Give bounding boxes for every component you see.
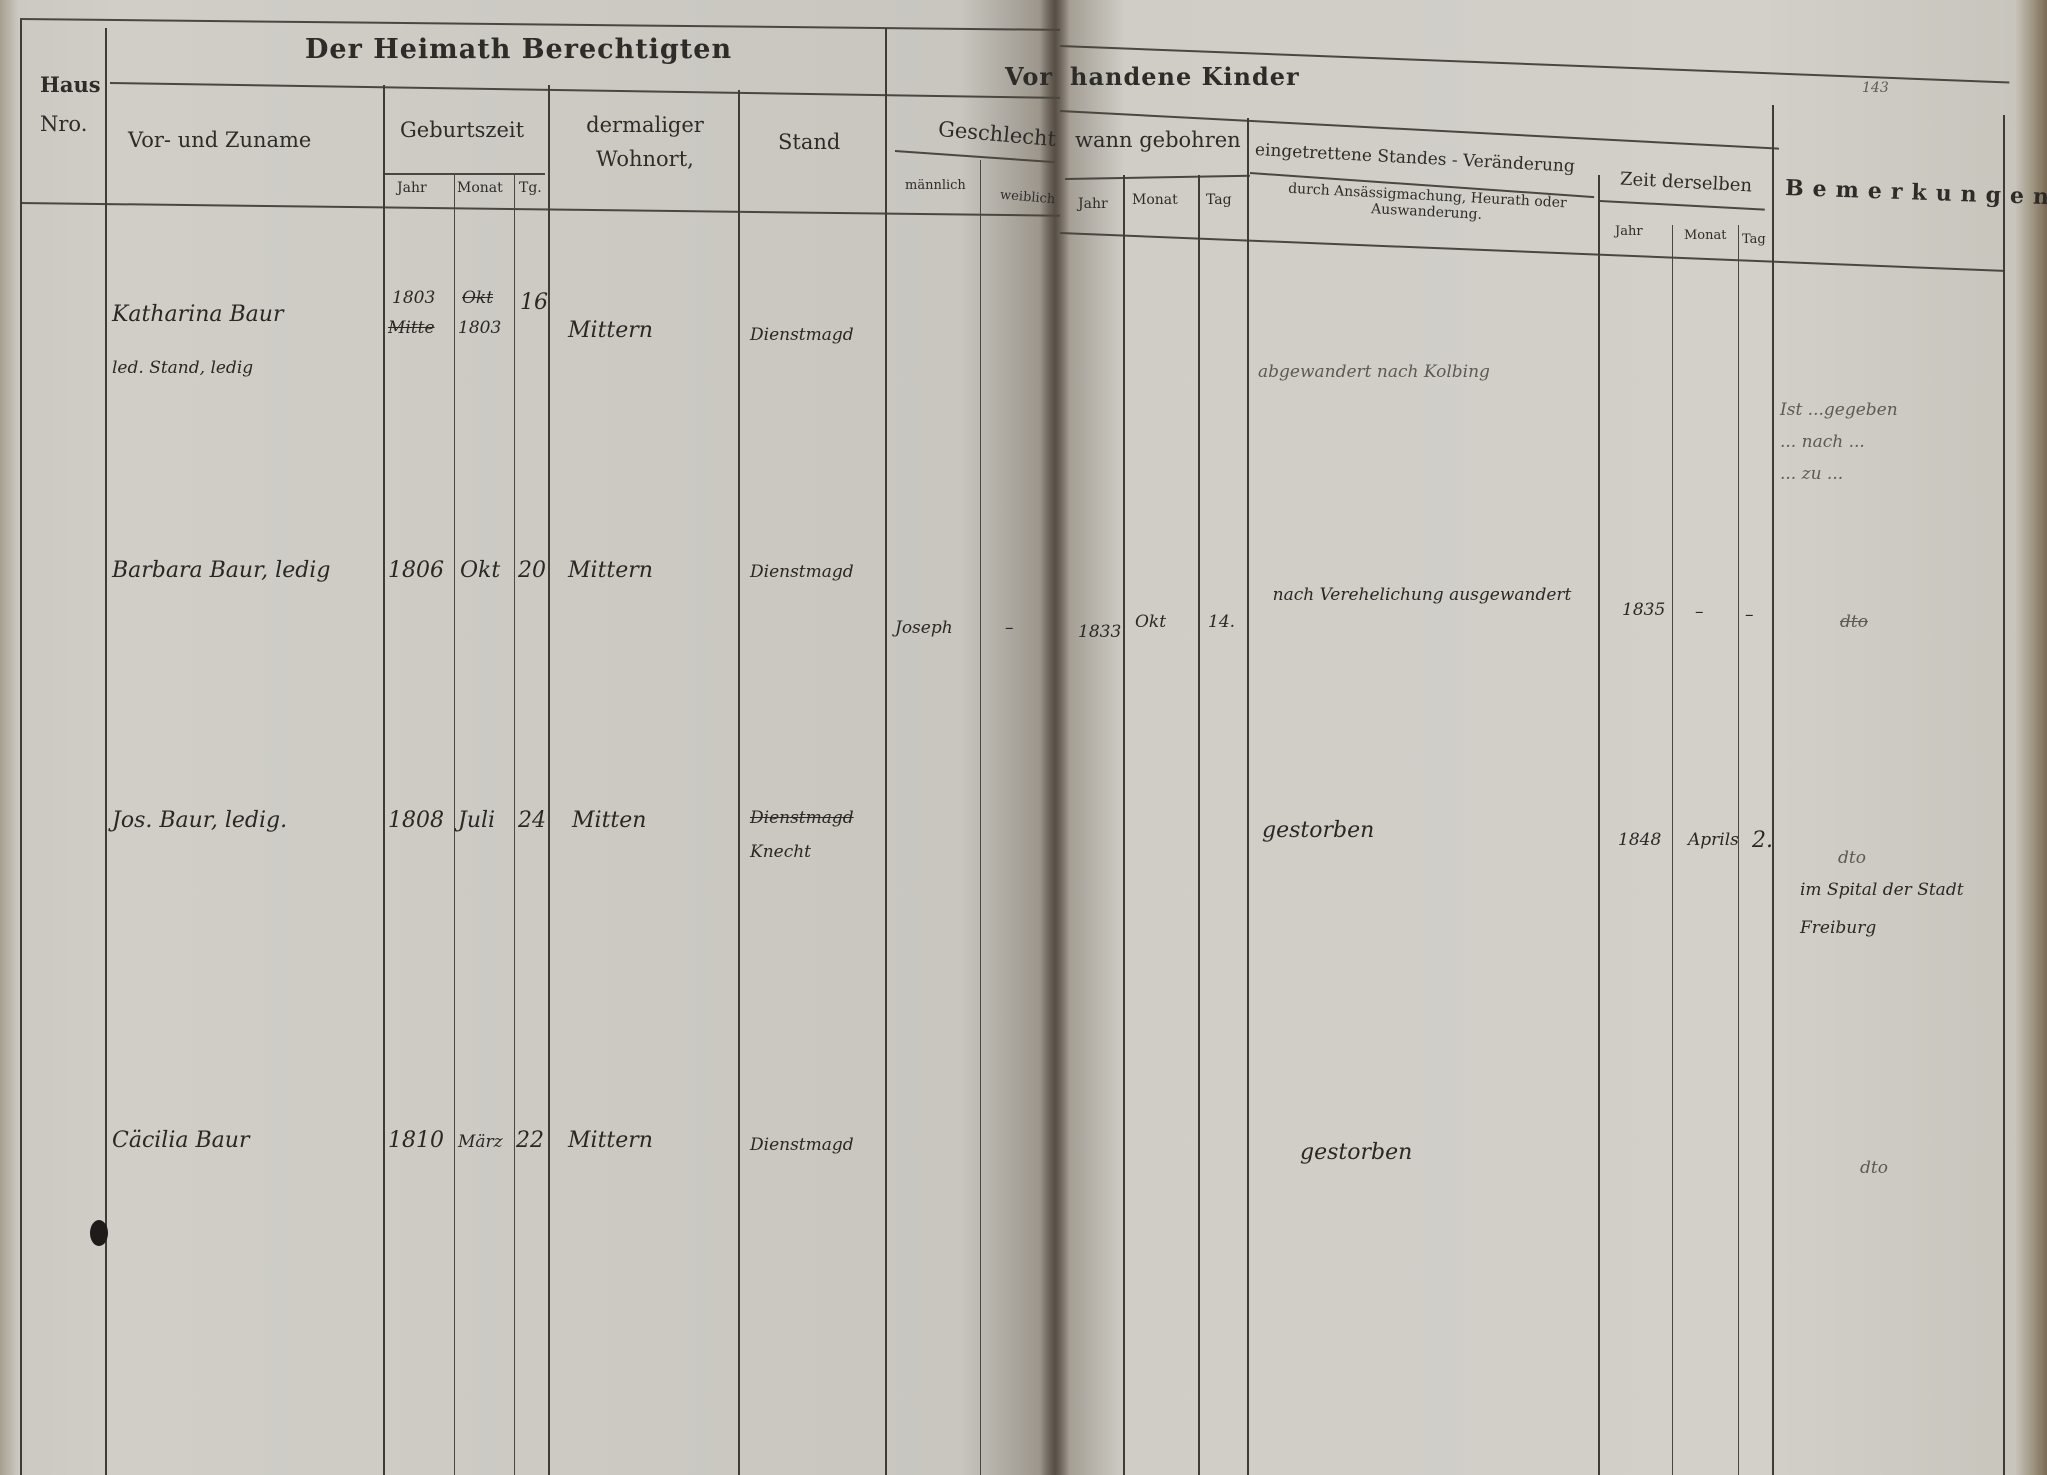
entry-birth-year: 1803 bbox=[392, 288, 435, 308]
left-margin-rule bbox=[20, 20, 22, 1475]
entry-child-year: 1833 bbox=[1078, 622, 1121, 642]
header-birth: Geburtszeit bbox=[400, 118, 524, 142]
entry-birth-year: 1810 bbox=[388, 1128, 444, 1153]
entry-remark-3: ... zu ... bbox=[1780, 464, 1843, 484]
entry-name-line2: led. Stand, ledig bbox=[112, 358, 253, 378]
entry-residence: Mittern bbox=[568, 1128, 653, 1153]
birth-sub-rule bbox=[385, 173, 545, 175]
haus-nro-rule bbox=[105, 28, 107, 1475]
entry-birth-day: 24 bbox=[518, 808, 546, 833]
entry-residence: Mittern bbox=[568, 558, 653, 583]
entry-name: Katharina Baur bbox=[112, 302, 283, 327]
entry-birth-month: März bbox=[458, 1132, 503, 1152]
residence-col-rule bbox=[738, 90, 740, 1475]
right-margin-rule bbox=[2003, 115, 2005, 1475]
header-born-day: Tag bbox=[1206, 192, 1232, 208]
entry-birth-day: 16 bbox=[520, 290, 548, 315]
entry-remark-1: dto bbox=[1840, 612, 1868, 632]
entry-remark-3: Freiburg bbox=[1800, 918, 1876, 938]
entry-change-day: – bbox=[1745, 605, 1754, 625]
header-time-day: Tag bbox=[1742, 232, 1766, 247]
header-sex-male: männlich bbox=[905, 178, 966, 193]
status-col-rule bbox=[885, 28, 887, 1475]
entry-birth-year: 1808 bbox=[388, 808, 444, 833]
jahr-col-rule bbox=[454, 175, 455, 1475]
entry-name: Jos. Baur, ledig. bbox=[112, 808, 287, 833]
entry-change: gestorben bbox=[1300, 1140, 1412, 1165]
entry-status-line2: Knecht bbox=[750, 842, 811, 862]
entry-birth-year: 1806 bbox=[388, 558, 444, 583]
entry-birth-month: 1803 bbox=[458, 318, 501, 338]
entry-birth-month-struck: Okt bbox=[462, 288, 493, 308]
entry-birth-day: 22 bbox=[516, 1128, 544, 1153]
entry-change-month: – bbox=[1695, 602, 1704, 622]
entry-birth-day: 20 bbox=[518, 558, 546, 583]
header-born: wann gebohren bbox=[1075, 128, 1241, 152]
book-gutter bbox=[1040, 0, 1070, 1475]
time-month-col-rule bbox=[1738, 225, 1739, 1475]
entry-remark-1: dto bbox=[1838, 848, 1866, 868]
entry-status: Dienstmagd bbox=[750, 325, 854, 345]
entry-status: Dienstmagd bbox=[750, 808, 854, 828]
entry-remark-2: im Spital der Stadt bbox=[1800, 880, 1964, 900]
monat-col-rule bbox=[514, 175, 515, 1475]
entry-residence: Mitten bbox=[572, 808, 646, 833]
entry-residence: Mittern bbox=[568, 318, 653, 343]
entry-remark-1: dto bbox=[1860, 1158, 1888, 1178]
child-month-col-rule bbox=[1198, 175, 1200, 1475]
entry-status: Dienstmagd bbox=[750, 562, 854, 582]
header-haus: Haus bbox=[40, 72, 101, 97]
entry-remark-2: ... nach ... bbox=[1780, 432, 1865, 452]
entry-change-month: Aprils bbox=[1688, 830, 1739, 850]
entry-status: Dienstmagd bbox=[750, 1135, 854, 1155]
entry-change: gestorben bbox=[1262, 818, 1374, 843]
entry-birth-year-struck: Mitte bbox=[388, 318, 435, 338]
header-time-year: Jahr bbox=[1615, 224, 1643, 239]
header-residence: dermaliger Wohnort, bbox=[570, 108, 720, 176]
header-born-month: Monat bbox=[1132, 192, 1178, 208]
birth-col-rule bbox=[548, 85, 550, 1475]
entry-name: Cäcilia Baur bbox=[112, 1128, 249, 1153]
page-number: 143 bbox=[1862, 80, 1889, 96]
header-birth-year: Jahr bbox=[397, 180, 427, 196]
header-time-month: Monat bbox=[1684, 228, 1727, 243]
entry-change: abgewandert nach Kolbing bbox=[1258, 362, 1490, 382]
name-col-rule bbox=[383, 85, 385, 1475]
register-title: Der Heimath Berechtigten bbox=[305, 34, 732, 65]
time-col-rule bbox=[1772, 105, 1774, 1475]
entry-change: nach Verehelichung ausgewandert bbox=[1262, 580, 1582, 610]
header-birth-month: Monat bbox=[457, 180, 503, 196]
entry-change-year: 1835 bbox=[1622, 600, 1665, 620]
header-status: Stand bbox=[778, 130, 840, 154]
sex-sub-col-rule bbox=[980, 160, 981, 1475]
ink-blot bbox=[90, 1220, 108, 1246]
spread-title-part2: handene Kinder bbox=[1070, 62, 1300, 91]
born-col-rule bbox=[1247, 118, 1249, 1475]
entry-change-day: 2. bbox=[1752, 828, 1773, 853]
entry-change-year: 1848 bbox=[1618, 830, 1661, 850]
entry-child-male: Joseph bbox=[895, 618, 953, 638]
spread-title-part1: Vor bbox=[1005, 62, 1053, 91]
entry-birth-month: Juli bbox=[458, 808, 495, 833]
header-name: Vor- und Zuname bbox=[128, 128, 311, 152]
left-page bbox=[0, 0, 1056, 1475]
entry-remark-1: Ist ...gegeben bbox=[1780, 400, 1898, 420]
change-col-rule bbox=[1598, 175, 1600, 1475]
header-born-year: Jahr bbox=[1078, 196, 1108, 212]
time-year-col-rule bbox=[1672, 225, 1673, 1475]
child-year-col-rule bbox=[1123, 175, 1125, 1475]
entry-child-day: 14. bbox=[1208, 612, 1235, 632]
open-register-book: Der Heimath Berechtigten Haus Nro. Vor- … bbox=[0, 0, 2047, 1475]
entry-birth-month: Okt bbox=[460, 558, 500, 583]
entry-child-month: Okt bbox=[1135, 612, 1166, 632]
entry-name: Barbara Baur, ledig bbox=[112, 558, 330, 583]
header-birth-day: Tg. bbox=[519, 180, 542, 196]
header-nro: Nro. bbox=[40, 112, 87, 136]
entry-child-female: – bbox=[1005, 618, 1014, 638]
